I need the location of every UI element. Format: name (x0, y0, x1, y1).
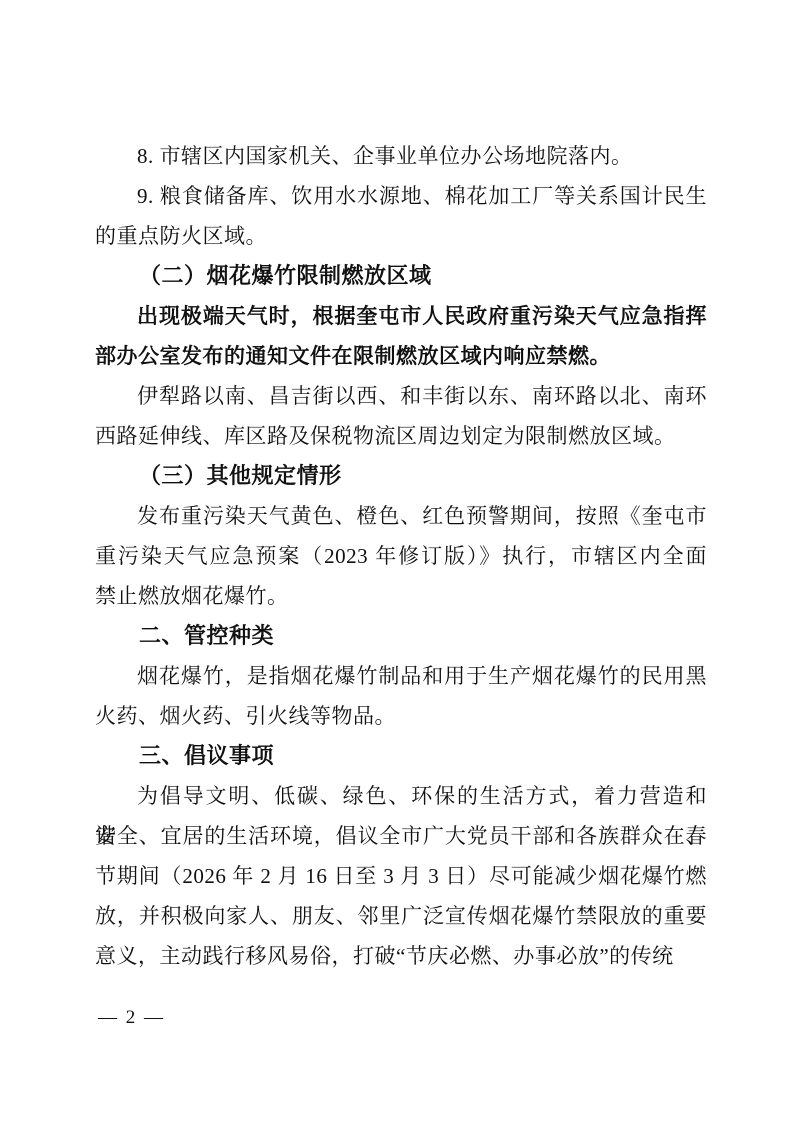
text-line: 安全、宜居的生活环境，倡议全市广大党员干部和各族群众在春 (95, 816, 707, 856)
text-line: 的重点防火区域。 (95, 216, 707, 256)
section-heading: （二）烟花爆竹限制燃放区域 (95, 256, 707, 296)
text-line: 重污染天气应急预案（2023 年修订版）》执行，市辖区内全面 (95, 536, 707, 576)
text-line: 意义，主动践行移风易俗，打破“节庆必燃、办事必放”的传统 (95, 936, 707, 976)
text-line: 出现极端天气时，根据奎屯市人民政府重污染天气应急指挥 (95, 296, 707, 336)
text-line: （二）烟花爆竹限制燃放区域 (95, 256, 707, 296)
paragraph: 伊犁路以南、昌吉街以西、和丰街以东、南环路以北、南环西路延伸线、库区路及保税物流… (95, 376, 707, 456)
paragraph: 烟花爆竹，是指烟花爆竹制品和用于生产烟花爆竹的民用黑火药、烟火药、引火线等物品。 (95, 656, 707, 736)
text-line: 9. 粮食储备库、饮用水水源地、棉花加工厂等关系国计民生 (95, 176, 707, 216)
text-line: 三、倡议事项 (95, 736, 707, 776)
document-page: 8. 市辖区内国家机关、企事业单位办公场地院落内。9. 粮食储备库、饮用水水源地… (0, 0, 793, 1122)
text-line: 火药、烟火药、引火线等物品。 (95, 696, 707, 736)
paragraph: 为倡导文明、低碳、绿色、环保的生活方式，着力营造和谐、安全、宜居的生活环境，倡议… (95, 776, 707, 976)
text-line: 烟花爆竹，是指烟花爆竹制品和用于生产烟花爆竹的民用黑 (95, 656, 707, 696)
text-line: 伊犁路以南、昌吉街以西、和丰街以东、南环路以北、南环 (95, 376, 707, 416)
section-heading: （三）其他规定情形 (95, 456, 707, 496)
text-line: 为倡导文明、低碳、绿色、环保的生活方式，着力营造和谐、 (95, 776, 707, 816)
text-line: 发布重污染天气黄色、橙色、红色预警期间，按照《奎屯市 (95, 496, 707, 536)
paragraph: 8. 市辖区内国家机关、企事业单位办公场地院落内。 (95, 136, 707, 176)
text-line: 二、管控种类 (95, 616, 707, 656)
text-line: 部办公室发布的通知文件在限制燃放区域内响应禁燃。 (95, 336, 707, 376)
paragraph: 出现极端天气时，根据奎屯市人民政府重污染天气应急指挥部办公室发布的通知文件在限制… (95, 296, 707, 376)
paragraph: 发布重污染天气黄色、橙色、红色预警期间，按照《奎屯市重污染天气应急预案（2023… (95, 496, 707, 616)
text-line: 8. 市辖区内国家机关、企事业单位办公场地院落内。 (95, 136, 707, 176)
document-body: 8. 市辖区内国家机关、企事业单位办公场地院落内。9. 粮食储备库、饮用水水源地… (95, 136, 707, 976)
section-heading: 二、管控种类 (95, 616, 707, 656)
text-line: 放，并积极向家人、朋友、邻里广泛宣传烟花爆竹禁限放的重要 (95, 896, 707, 936)
text-line: 节期间（2026 年 2 月 16 日至 3 月 3 日）尽可能减少烟花爆竹燃 (95, 856, 707, 896)
section-heading: 三、倡议事项 (95, 736, 707, 776)
page-number: — 2 — (98, 998, 165, 1038)
text-line: 禁止燃放烟花爆竹。 (95, 576, 707, 616)
text-line: 西路延伸线、库区路及保税物流区周边划定为限制燃放区域。 (95, 416, 707, 456)
paragraph: 9. 粮食储备库、饮用水水源地、棉花加工厂等关系国计民生的重点防火区域。 (95, 176, 707, 256)
text-line: （三）其他规定情形 (95, 456, 707, 496)
